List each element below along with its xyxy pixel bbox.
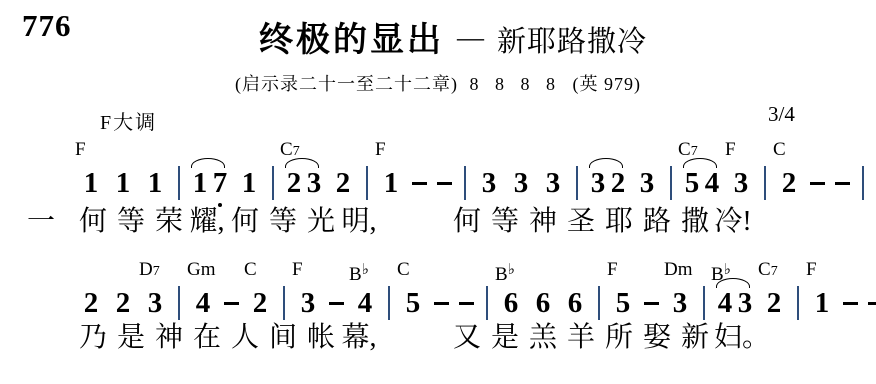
music-line-2: 22D73Gm4C2F3B♭4C5B♭666F5Dm3B♭43C72F1 — [75, 284, 876, 320]
time-signature: 3/4 — [768, 102, 795, 127]
dash-note — [868, 302, 876, 305]
note-pair: C754 — [682, 166, 722, 200]
chord-label: F — [292, 260, 303, 280]
note-digit: 4 — [196, 287, 211, 319]
note-digit: 5 — [406, 287, 421, 319]
note-digit: 3 — [546, 167, 561, 199]
lyric-syllable: 圣 — [562, 204, 600, 240]
note: 3 — [477, 166, 501, 200]
dash-note — [224, 302, 239, 305]
note-digit: 3 — [591, 167, 606, 199]
note-digit: 2 — [611, 167, 626, 199]
note-digit: 2 — [116, 287, 131, 319]
note-digit: 3 — [734, 167, 749, 199]
note-digit: 6 — [504, 287, 519, 319]
dash-note — [459, 302, 474, 305]
note-digit: 3 — [148, 287, 163, 319]
english-tune-reference: (英 979) — [573, 74, 642, 94]
chord-label: F — [75, 140, 86, 160]
note-digit: 5 — [616, 287, 631, 319]
lyric-syllable: 幕, — [340, 320, 378, 356]
note: F1 — [79, 166, 103, 200]
note: 7 — [210, 166, 230, 200]
lyric-syllable: 路 — [638, 204, 676, 240]
note-pair: C723 — [284, 166, 324, 200]
lyric-syllable: 人 — [226, 320, 264, 356]
barline — [388, 286, 390, 320]
lyric-syllable: 娶 — [638, 320, 676, 356]
lyric-syllable: 又 — [448, 320, 486, 356]
lyric-syllable: 荣 — [150, 204, 188, 240]
note: F5 — [611, 286, 635, 320]
lyric-syllable: 神 — [524, 204, 562, 240]
note-digit: 6 — [536, 287, 551, 319]
title-separator-dash: — — [457, 22, 484, 52]
chord-label: C — [773, 140, 786, 160]
chord-label: D7 — [139, 260, 160, 282]
note: 3 — [304, 166, 324, 200]
lyric-syllable: 新 — [676, 320, 714, 356]
barline — [764, 166, 766, 200]
chord-seventh: 7 — [771, 264, 778, 279]
lyrics-line-1: 一何等荣耀,何等光明,何等神圣耶路撒冷! — [22, 204, 752, 240]
note-digit: 1 — [242, 167, 257, 199]
note-digit: 2 — [253, 287, 268, 319]
note: 1 — [143, 166, 167, 200]
dash-note — [329, 302, 344, 305]
note: 6 — [531, 286, 555, 320]
barline — [576, 166, 578, 200]
barline — [486, 286, 488, 320]
note-digit: 1 — [815, 287, 830, 319]
note: F3 — [296, 286, 320, 320]
note-pair: 32 — [588, 166, 628, 200]
note-digit: 4 — [358, 287, 373, 319]
chord-label: B♭ — [495, 260, 515, 285]
note-digit: 1 — [148, 167, 163, 199]
note: C72 — [762, 286, 786, 320]
chord-seventh: 7 — [153, 264, 160, 279]
barline — [670, 166, 672, 200]
note-digit: 3 — [482, 167, 497, 199]
lyric-syllable: 何 — [74, 204, 112, 240]
dash-note — [412, 182, 427, 185]
lyric-syllable: 何 — [226, 204, 264, 240]
chord-label: F — [375, 140, 386, 160]
note: 3 — [635, 166, 659, 200]
lyrics-line-2: 乃是神在人间帐幕,又是羔羊所娶新妇。 — [22, 320, 752, 356]
barline — [598, 286, 600, 320]
note: 3 — [509, 166, 533, 200]
hymn-meter: 8 8 8 8 — [470, 74, 562, 94]
note: 2 — [331, 166, 355, 200]
chord-label: Gm — [187, 260, 216, 280]
note: 1 — [111, 166, 135, 200]
note-digit: 4 — [718, 287, 733, 319]
note: C2 — [248, 286, 272, 320]
note-digit: 2 — [782, 167, 797, 199]
barline — [703, 286, 705, 320]
flat-icon: ♭ — [508, 262, 515, 278]
hymn-title: 终极的显出 — [259, 22, 444, 59]
lyric-syllable: 等 — [264, 204, 302, 240]
flat-icon: ♭ — [362, 262, 369, 278]
note-digit: 5 — [685, 167, 700, 199]
chord-seventh: 7 — [691, 144, 698, 159]
note: D73 — [143, 286, 167, 320]
note-pair: 17 — [190, 166, 230, 200]
lyric-syllable: 间 — [264, 320, 302, 356]
chord-label: C7 — [758, 260, 778, 282]
lyric-syllable: 乃 — [74, 320, 112, 356]
note-digit: 2 — [767, 287, 782, 319]
note-digit: 3 — [673, 287, 688, 319]
note: 2 — [284, 166, 304, 200]
barline — [464, 166, 466, 200]
note: 3 — [588, 166, 608, 200]
note: Gm4 — [191, 286, 215, 320]
dash-note — [835, 182, 850, 185]
hymn-page: 776 终极的显出 — 新耶路撒冷 (启示录二十一至二十二章) 8 8 8 8 … — [0, 0, 876, 384]
note-digit: 4 — [705, 167, 720, 199]
chord-label: Dm — [664, 260, 693, 280]
note: B♭4 — [353, 286, 377, 320]
dash-note — [644, 302, 659, 305]
note-digit: 3 — [738, 287, 753, 319]
lyric-syllable: 耀, — [188, 204, 226, 240]
lyric-syllable: 等 — [486, 204, 524, 240]
note: 2 — [79, 286, 103, 320]
barline — [797, 286, 799, 320]
barline — [178, 166, 180, 200]
note: 3 — [541, 166, 565, 200]
lyric-syllable: 所 — [600, 320, 638, 356]
note-digit: 3 — [307, 167, 322, 199]
chord-seventh: 7 — [293, 144, 300, 159]
barline — [862, 166, 864, 200]
note-digit: 2 — [287, 167, 302, 199]
note-digit: 2 — [84, 287, 99, 319]
dash-note — [843, 302, 858, 305]
lyric-syllable: 羔 — [524, 320, 562, 356]
note-digit: 3 — [640, 167, 655, 199]
note: C2 — [777, 166, 801, 200]
barline — [178, 286, 180, 320]
barline — [283, 286, 285, 320]
note-digit: 2 — [336, 167, 351, 199]
verse-number — [22, 320, 60, 356]
subtitle-row: (启示录二十一至二十二章) 8 8 8 8 (英 979) — [0, 70, 876, 96]
hymn-title-subtitle: 新耶路撒冷 — [497, 26, 647, 58]
lyric-syllable: 神 — [150, 320, 188, 356]
lyric-syllable: 冷! — [714, 204, 752, 240]
lyric-syllable: 等 — [112, 204, 150, 240]
key-signature-label: F大调 — [100, 106, 157, 135]
note: F1 — [810, 286, 834, 320]
dash-note — [810, 182, 825, 185]
barline — [366, 166, 368, 200]
note-pair: B♭43 — [715, 286, 755, 320]
note-digit: 6 — [568, 287, 583, 319]
lyric-syllable: 在 — [188, 320, 226, 356]
note: 4 — [715, 286, 735, 320]
verse-number: 一 — [22, 204, 60, 240]
note: 4 — [702, 166, 722, 200]
note: F1 — [379, 166, 403, 200]
dash-note — [434, 302, 449, 305]
chord-label: B♭ — [349, 260, 369, 285]
lyric-syllable: 羊 — [562, 320, 600, 356]
note: 2 — [111, 286, 135, 320]
note: B♭6 — [499, 286, 523, 320]
title-row: 终极的显出 — 新耶路撒冷 — [30, 12, 876, 61]
note: 2 — [608, 166, 628, 200]
flat-icon: ♭ — [724, 262, 731, 278]
lyric-syllable: 是 — [486, 320, 524, 356]
note-digit: 3 — [301, 287, 316, 319]
lyric-syllable: 妇。 — [714, 320, 752, 356]
note-digit: 7 — [213, 167, 228, 199]
note: 6 — [563, 286, 587, 320]
note-digit: 1 — [193, 167, 208, 199]
note: 1 — [237, 166, 261, 200]
lyric-syllable: 帐 — [302, 320, 340, 356]
lyric-syllable: 光 — [302, 204, 340, 240]
chord-label: F — [607, 260, 618, 280]
note: C5 — [401, 286, 425, 320]
note: F3 — [729, 166, 753, 200]
note: Dm3 — [668, 286, 692, 320]
chord-label: C — [397, 260, 410, 280]
chord-label: C — [244, 260, 257, 280]
note-digit: 1 — [116, 167, 131, 199]
note: 1 — [190, 166, 210, 200]
lyric-syllable: 何 — [448, 204, 486, 240]
note-digit: 3 — [514, 167, 529, 199]
dash-note — [437, 182, 452, 185]
note: 5 — [682, 166, 702, 200]
barline — [272, 166, 274, 200]
note: 3 — [735, 286, 755, 320]
music-line-1: F111171C7232F1333323C754F3C2 — [75, 164, 871, 200]
chord-label: F — [806, 260, 817, 280]
lyric-syllable: 耶 — [600, 204, 638, 240]
note-digit: 1 — [384, 167, 399, 199]
lyric-syllable: 撒 — [676, 204, 714, 240]
scripture-reference: (启示录二十一至二十二章) — [235, 74, 458, 94]
note-digit: 1 — [84, 167, 99, 199]
lyric-syllable: 是 — [112, 320, 150, 356]
chord-label: F — [725, 140, 736, 160]
lyric-syllable: 明, — [340, 204, 378, 240]
